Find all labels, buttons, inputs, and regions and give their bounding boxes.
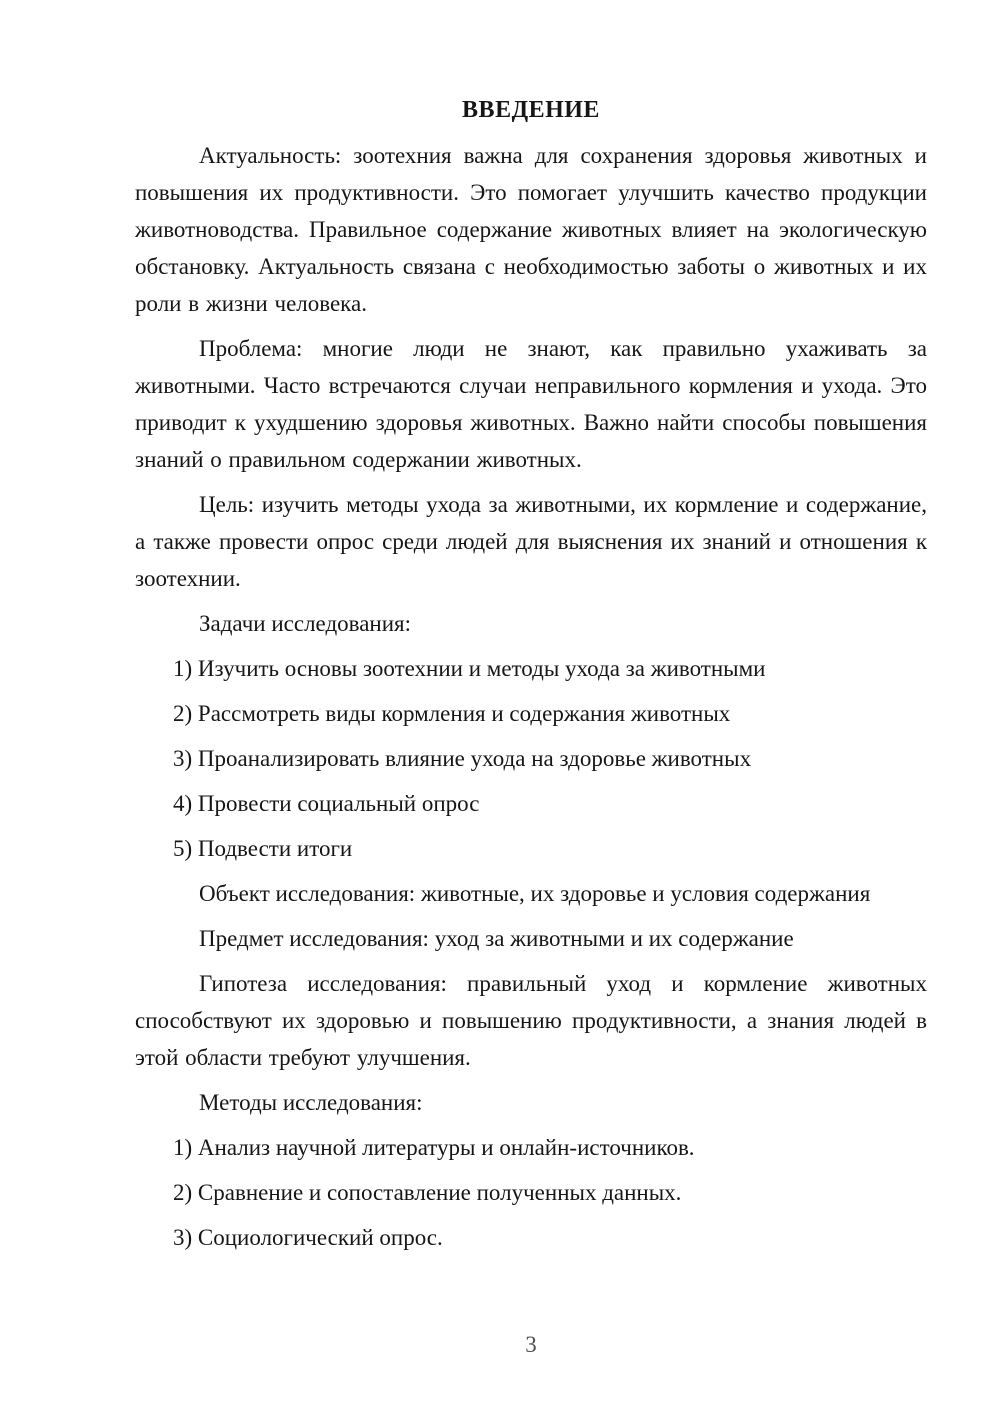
document-page: ВВЕДЕНИЕ Актуальность: зоотехния важна д… bbox=[0, 0, 1000, 1414]
method-item-3: 3) Социологический опрос. bbox=[135, 1219, 927, 1256]
task-item-3: 3) Проанализировать влияние ухода на здо… bbox=[135, 740, 927, 777]
task-item-2: 2) Рассмотреть виды кормления и содержан… bbox=[135, 695, 927, 732]
task-item-1: 1) Изучить основы зоотехнии и методы ухо… bbox=[135, 650, 927, 687]
page-number: 3 bbox=[135, 1326, 927, 1363]
paragraph-goal: Цель: изучить методы ухода за животными,… bbox=[135, 486, 927, 597]
task-item-4: 4) Провести социальный опрос bbox=[135, 785, 927, 822]
paragraph-problem: Проблема: многие люди не знают, как прав… bbox=[135, 330, 927, 478]
task-item-5: 5) Подвести итоги bbox=[135, 830, 927, 867]
methods-heading: Методы исследования: bbox=[135, 1084, 927, 1121]
paragraph-hypothesis: Гипотеза исследования: правильный уход и… bbox=[135, 965, 927, 1076]
method-item-2: 2) Сравнение и сопоставление полученных … bbox=[135, 1174, 927, 1211]
tasks-heading: Задачи исследования: bbox=[135, 605, 927, 642]
paragraph-relevance: Актуальность: зоотехния важна для сохран… bbox=[135, 137, 927, 322]
paragraph-subject: Предмет исследования: уход за животными … bbox=[135, 920, 927, 957]
page-title: ВВЕДЕНИЕ bbox=[135, 92, 927, 129]
method-item-1: 1) Анализ научной литературы и онлайн-ис… bbox=[135, 1129, 927, 1166]
paragraph-object: Объект исследования: животные, их здоров… bbox=[135, 875, 927, 912]
